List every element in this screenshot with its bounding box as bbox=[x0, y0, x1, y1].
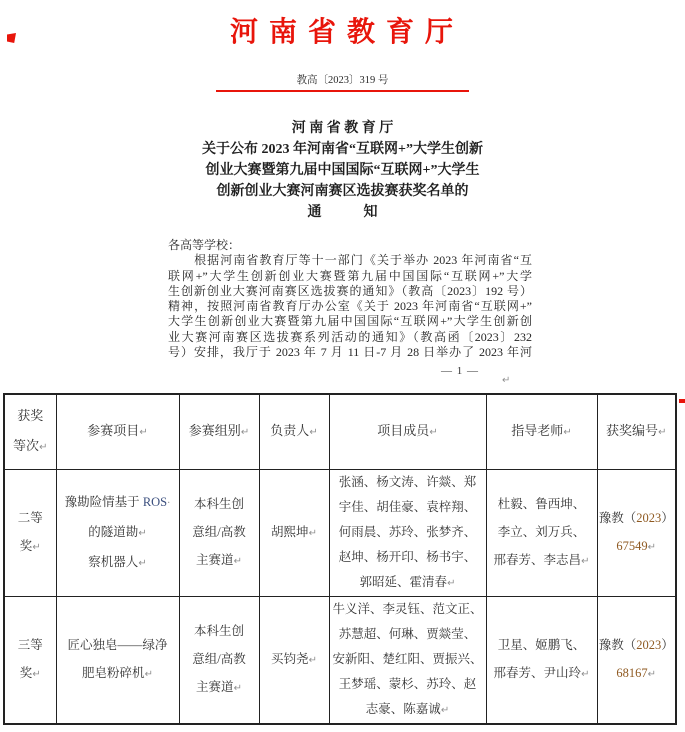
text-line: 郭昭延、霍清春↵ bbox=[331, 570, 485, 596]
text-line: 肥皂粉碎机↵ bbox=[58, 659, 178, 689]
text-line: 68167↵ bbox=[599, 659, 675, 689]
text-line: 邢春芳、尹山玲↵ bbox=[488, 659, 596, 689]
text-line: 项目成员↵ bbox=[331, 416, 485, 448]
text-line: 李立、刘万兵、 bbox=[488, 518, 596, 546]
text-line: 获奖编号↵ bbox=[599, 416, 675, 448]
notice-title-line: 创业大赛暨第九届中国国际“互联网+”大学生 bbox=[0, 160, 685, 181]
header-cell: 项目成员↵ bbox=[329, 394, 486, 469]
text-line: 等次↵ bbox=[6, 431, 55, 463]
text-line: 苏慧超、何琳、贾燚莹、 bbox=[331, 622, 485, 647]
table-cell: 匠心独皂——绿净肥皂粉碎机↵ bbox=[56, 596, 179, 724]
body-line: 号）安排，我厅于 2023 年 7 月 11 日-7 月 28 日举办了 202… bbox=[168, 345, 532, 360]
text-line: 张涵、杨文涛、许燚、郑 bbox=[331, 470, 485, 495]
page-number: — 1 — bbox=[420, 365, 500, 377]
text-line: 意组/高教 bbox=[181, 518, 258, 546]
text-line: 指导老师↵ bbox=[488, 416, 596, 448]
text-line: 豫勘险情基于 ROS· bbox=[58, 488, 178, 518]
text-line: 意组/高教 bbox=[181, 645, 258, 673]
red-edge-mark bbox=[679, 399, 685, 403]
table-cell: 杜毅、鲁西坤、李立、刘万兵、邢春芳、李志昌↵ bbox=[486, 469, 597, 596]
letterhead-agency-title: 河 南 省 教 育 厅 bbox=[0, 10, 685, 50]
awards-table: 获奖等次↵参赛项目↵参赛组别↵负责人↵项目成员↵指导老师↵获奖编号↵ 二等奖↵豫… bbox=[3, 393, 677, 725]
text-line: 王梦瑶、蒙杉、苏玲、赵 bbox=[331, 672, 485, 697]
text-line: 买钧尧↵ bbox=[261, 645, 328, 675]
header-cell: 获奖等次↵ bbox=[4, 394, 56, 469]
text-line: 杜毅、鲁西坤、 bbox=[488, 490, 596, 518]
body-line: 业大赛河南赛区选拔赛系列活动的通知》（教高函〔2023〕232 bbox=[168, 330, 532, 345]
text-line: 获奖 bbox=[6, 401, 55, 431]
table-cell: 卫星、姬鹏飞、邢春芳、尹山玲↵ bbox=[486, 596, 597, 724]
text-line: 主赛道↵ bbox=[181, 673, 258, 703]
text-line: 何雨晨、苏玲、张梦齐、 bbox=[331, 520, 485, 545]
table-cell: 本科生创意组/高教主赛道↵ bbox=[179, 469, 259, 596]
text-line: 奖↵ bbox=[6, 659, 55, 689]
text-line: 本科生创 bbox=[181, 490, 258, 518]
table-cell: 豫教（2023）68167↵ bbox=[597, 596, 676, 724]
table-header-row: 获奖等次↵参赛项目↵参赛组别↵负责人↵项目成员↵指导老师↵获奖编号↵ bbox=[4, 394, 676, 469]
body-line: 联网+”大学生创新创业大赛暨第九届中国国际“互联网+”大学 bbox=[168, 269, 532, 284]
header-cell: 参赛项目↵ bbox=[56, 394, 179, 469]
text-line: 主赛道↵ bbox=[181, 546, 258, 576]
header-cell: 负责人↵ bbox=[259, 394, 329, 469]
table-row: 二等奖↵豫勘险情基于 ROS·的隧道勘↵察机器人↵本科生创意组/高教主赛道↵胡熙… bbox=[4, 469, 676, 596]
text-line: 安新阳、楚红阳、贾振兴、 bbox=[331, 647, 485, 672]
text-line: 负责人↵ bbox=[261, 416, 328, 448]
text-line: 参赛组别↵ bbox=[181, 416, 258, 448]
text-line: 豫教（2023） bbox=[599, 631, 675, 659]
text-line: 宇佳、胡佳豪、袁梓翔、 bbox=[331, 495, 485, 520]
body-line: 生创新创业大赛河南赛区选拔赛的通知》（教高〔2023〕192 号） bbox=[168, 284, 532, 299]
table-cell: 三等奖↵ bbox=[4, 596, 56, 724]
text-line: 赵坤、杨开印、杨书宇、 bbox=[331, 545, 485, 570]
table-cell: 张涵、杨文涛、许燚、郑宇佳、胡佳豪、袁梓翔、何雨晨、苏玲、张梦齐、赵坤、杨开印、… bbox=[329, 469, 486, 596]
notice-body: 各高等学校： 根据河南省教育厅等十一部门《关于举办 2023 年河南省“互联网+… bbox=[168, 238, 532, 360]
text-line: 的隧道勘↵ bbox=[58, 518, 178, 548]
text-line: 二等 bbox=[6, 504, 55, 532]
text-line: 察机器人↵ bbox=[58, 548, 178, 578]
paragraph-mark-icon: ↵ bbox=[502, 375, 510, 386]
text-line: 本科生创 bbox=[181, 617, 258, 645]
text-line: 匠心独皂——绿净 bbox=[58, 631, 178, 659]
notice-title-line: 关于公布 2023 年河南省“互联网+”大学生创新 bbox=[0, 139, 685, 160]
header-cell: 指导老师↵ bbox=[486, 394, 597, 469]
table-cell: 胡熙坤↵ bbox=[259, 469, 329, 596]
document-page: 河 南 省 教 育 厅 教高〔2023〕319 号 河 南 省 教 育 厅关于公… bbox=[0, 0, 685, 732]
text-line: 奖↵ bbox=[6, 532, 55, 562]
table-cell: 二等奖↵ bbox=[4, 469, 56, 596]
table-cell: 豫勘险情基于 ROS·的隧道勘↵察机器人↵ bbox=[56, 469, 179, 596]
table-cell: 牛义洋、李灵钰、范文正、苏慧超、何琳、贾燚莹、安新阳、楚红阳、贾振兴、王梦瑶、蒙… bbox=[329, 596, 486, 724]
header-cell: 获奖编号↵ bbox=[597, 394, 676, 469]
text-line: 67549↵ bbox=[599, 532, 675, 562]
body-line: 根据河南省教育厅等十一部门《关于举办 2023 年河南省“互 bbox=[168, 253, 532, 268]
notice-title: 河 南 省 教 育 厅关于公布 2023 年河南省“互联网+”大学生创新创业大赛… bbox=[0, 118, 685, 223]
text-line: 豫教（2023） bbox=[599, 504, 675, 532]
table-cell: 买钧尧↵ bbox=[259, 596, 329, 724]
text-line: 三等 bbox=[6, 631, 55, 659]
body-line: 各高等学校： bbox=[168, 238, 532, 253]
notice-title-line: 河 南 省 教 育 厅 bbox=[0, 118, 685, 139]
header-cell: 参赛组别↵ bbox=[179, 394, 259, 469]
text-line: 邢春芳、李志昌↵ bbox=[488, 546, 596, 576]
table-cell: 本科生创意组/高教主赛道↵ bbox=[179, 596, 259, 724]
text-line: 牛义洋、李灵钰、范文正、 bbox=[331, 597, 485, 622]
body-line: 大学生创新创业大赛暨第九届中国国际“互联网+”大学生创新创 bbox=[168, 314, 532, 329]
table-cell: 豫教（2023）67549↵ bbox=[597, 469, 676, 596]
table-body: 二等奖↵豫勘险情基于 ROS·的隧道勘↵察机器人↵本科生创意组/高教主赛道↵胡熙… bbox=[4, 469, 676, 724]
body-line: 精神，按照河南省教育厅办公室《关于 2023 年河南省“互联网+” bbox=[168, 299, 532, 314]
text-line: 参赛项目↵ bbox=[58, 416, 178, 448]
text-line: 志豪、陈嘉诚↵ bbox=[331, 697, 485, 723]
text-line: 卫星、姬鹏飞、 bbox=[488, 631, 596, 659]
notice-title-line: 创新创业大赛河南赛区选拔赛获奖名单的 bbox=[0, 181, 685, 202]
notice-title-line: 通 知 bbox=[0, 202, 685, 223]
document-number: 教高〔2023〕319 号 bbox=[0, 72, 685, 87]
table-row: 三等奖↵匠心独皂——绿净肥皂粉碎机↵本科生创意组/高教主赛道↵买钧尧↵牛义洋、李… bbox=[4, 596, 676, 724]
text-line: 胡熙坤↵ bbox=[261, 518, 328, 548]
red-divider-line bbox=[216, 90, 469, 92]
